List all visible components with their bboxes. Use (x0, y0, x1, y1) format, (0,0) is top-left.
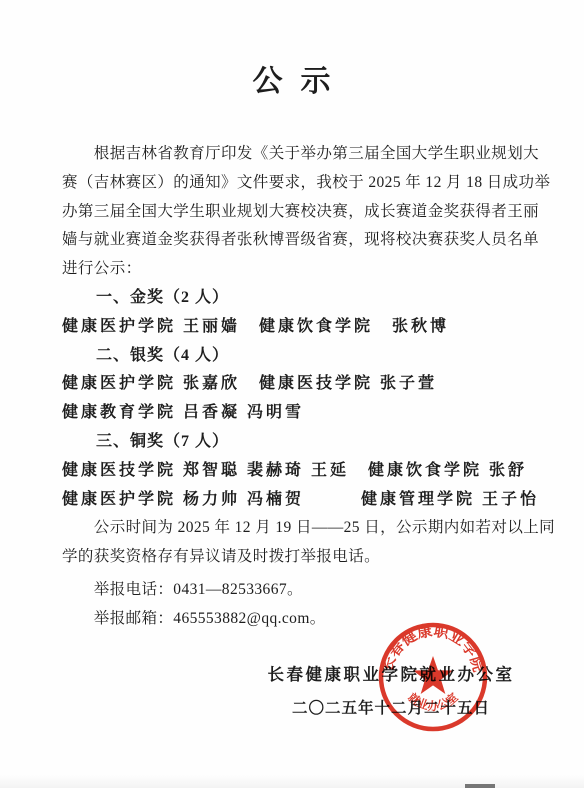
paragraph-line: 公示时间为 2025 年 12 月 19 日——25 日，公示期内如若对以上同 (62, 514, 522, 543)
report-phone-line: 举报电话：0431—82533667。 (62, 576, 522, 605)
notice-body: 根据吉林省教育厅印发《关于举办第三届全国大学生职业规划大 赛（吉林赛区）的通知》… (62, 140, 522, 726)
silver-award-winners: 健康教育学院 吕香凝 冯明雪 (62, 399, 522, 428)
bronze-award-header: 三、铜奖（7 人） (62, 428, 522, 457)
silver-award-winners: 健康医护学院 张嘉欣 健康医技学院 张子萱 (62, 370, 522, 399)
paragraph-line: 办第三届全国大学生职业规划大赛校决赛，成长赛道金奖获得者王丽 (62, 198, 522, 227)
page-title: 公 示 (0, 62, 584, 102)
notice-document: 公 示 根据吉林省教育厅印发《关于举办第三届全国大学生职业规划大 赛（吉林赛区）… (0, 0, 584, 788)
gold-award-header: 一、金奖（2 人） (62, 284, 522, 313)
paragraph-line: 根据吉林省教育厅印发《关于举办第三届全国大学生职业规划大 (62, 140, 522, 169)
page-bottom-edge (0, 775, 584, 788)
silver-award-header: 二、银奖（4 人） (62, 342, 522, 371)
page-edge-artifact (465, 784, 495, 788)
report-email-line: 举报邮箱：465553882@qq.com。 (62, 605, 522, 634)
signature-org: 长春健康职业学院就业办公室 (260, 658, 522, 692)
bronze-award-winners: 健康医技学院 郑智聪 裴赫琦 王延 健康饮食学院 张舒 (62, 457, 522, 486)
paragraph-line: 嫱与就业赛道金奖获得者张秋博晋级省赛，现将校决赛获奖人员名单 (62, 226, 522, 255)
paragraph-line: 进行公示： (62, 255, 522, 284)
paragraph-line: 赛（吉林赛区）的通知》文件要求，我校于 2025 年 12 月 18 日成功举 (62, 169, 522, 198)
gold-award-winners: 健康医护学院 王丽嫱 健康饮食学院 张秋博 (62, 313, 522, 342)
signature-date: 二〇二五年十二月二十五日 (260, 692, 522, 726)
paragraph-line: 学的获奖资格存有异议请及时拨打举报电话。 (62, 543, 522, 572)
signature-block: 长春健康职业学院就业办公室 二〇二五年十二月二十五日 (260, 658, 522, 726)
bronze-award-winners: 健康医护学院 杨力帅 冯楠贺 健康管理学院 王子怡 (62, 486, 522, 515)
